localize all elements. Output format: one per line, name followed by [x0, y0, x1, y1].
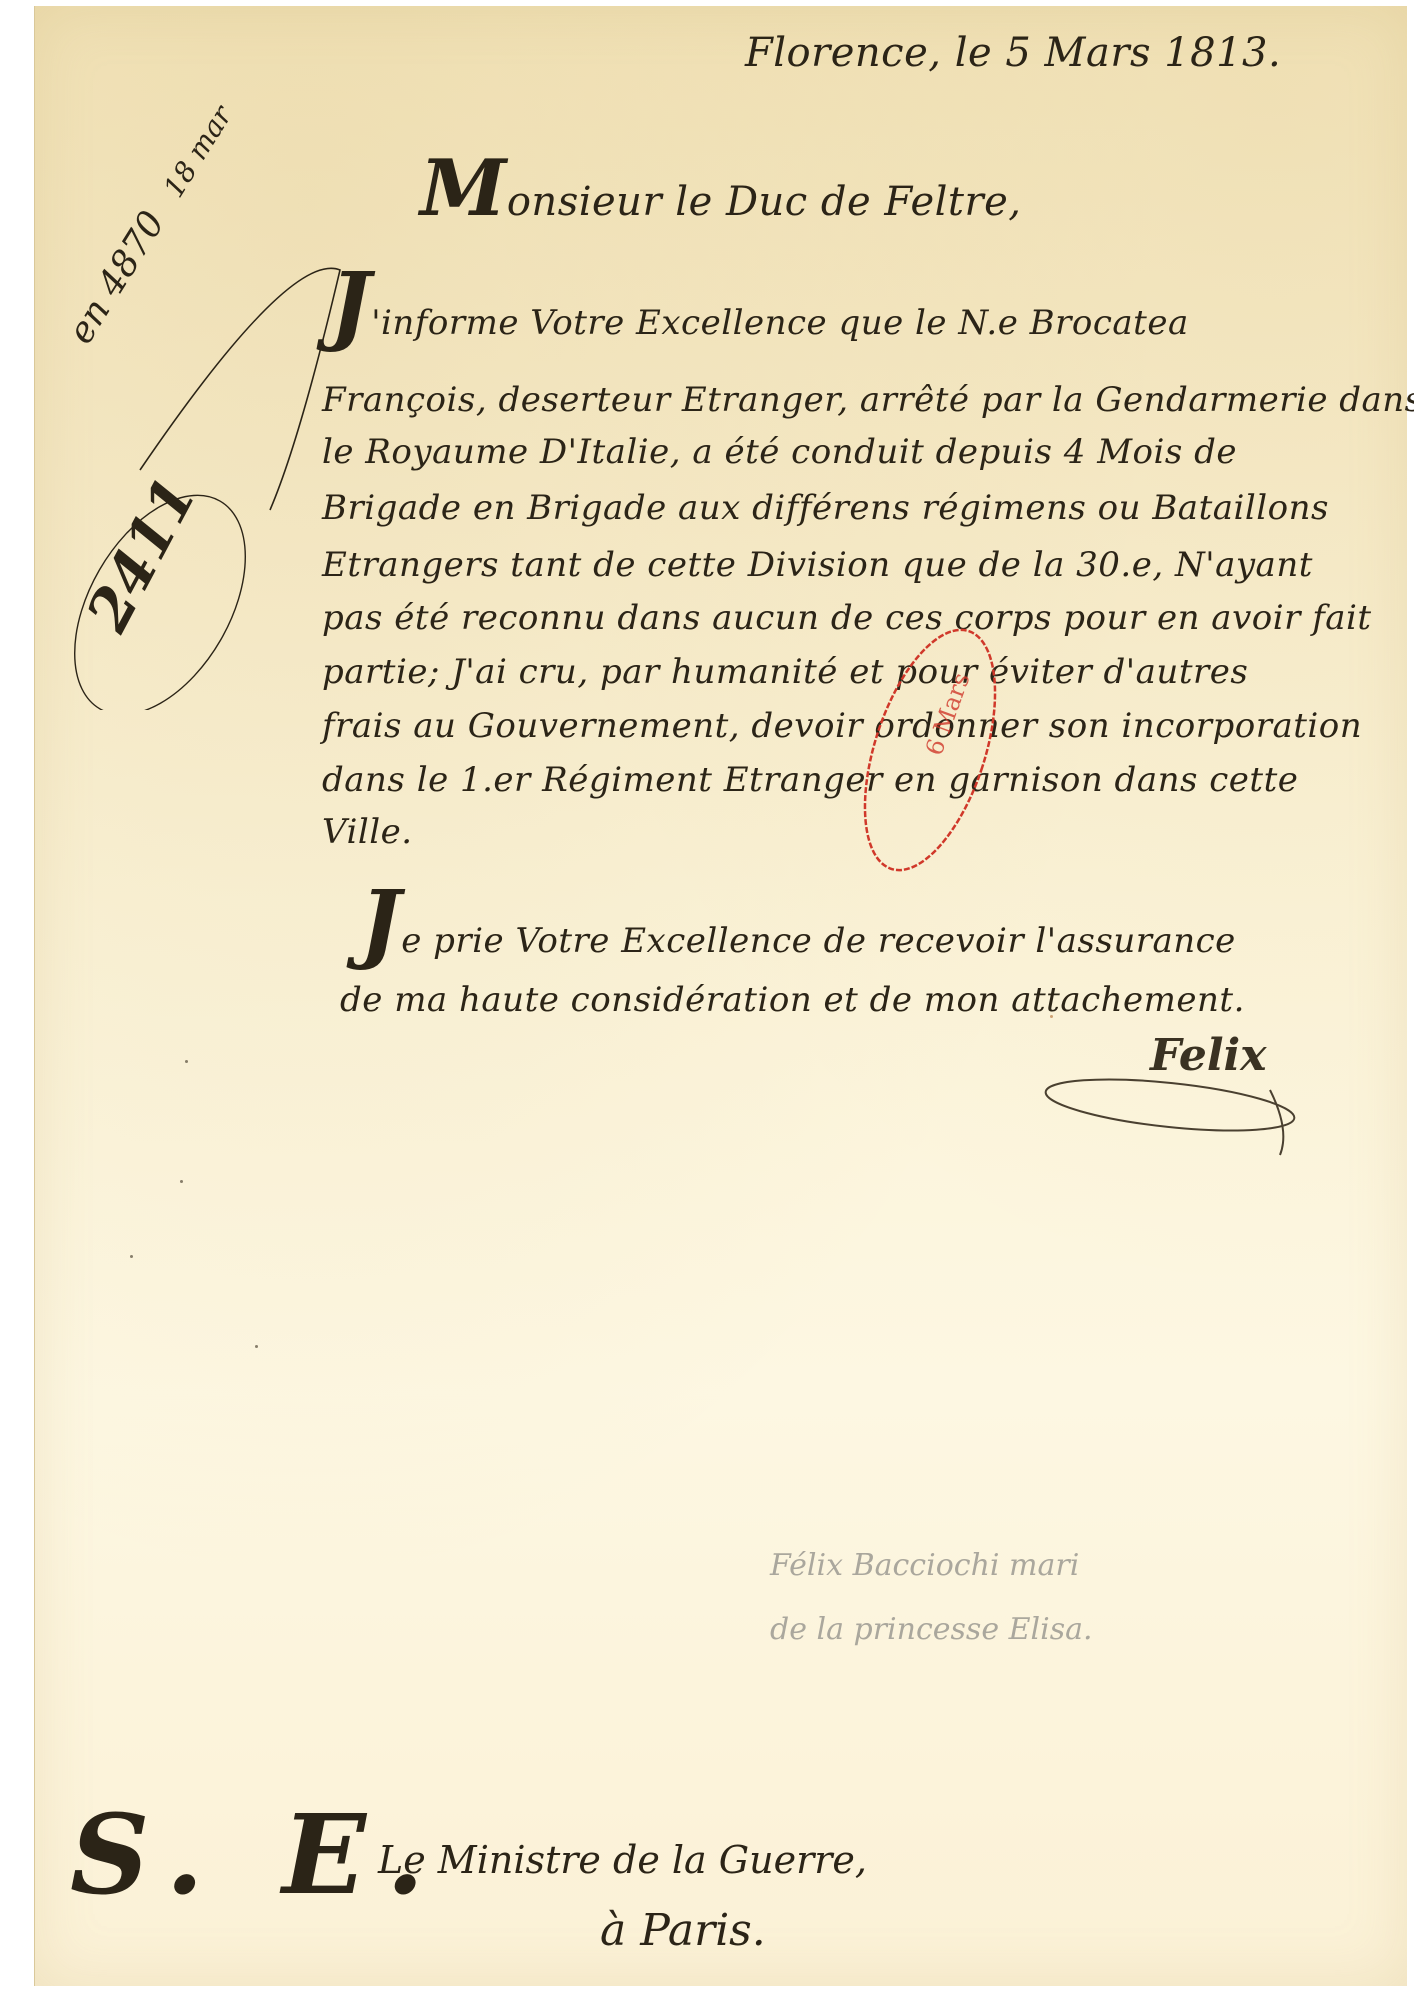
place-date: Florence, le 5 Mars 1813. — [745, 30, 1281, 76]
salutation: Monsieur le Duc de Feltre, — [420, 150, 1022, 228]
paragraph-1-first-line: J'informe Votre Excellence que le N.e Br… — [330, 262, 1189, 348]
address-recipient: Le Ministre de la Guerre, — [378, 1838, 867, 1882]
signature: Felix — [1150, 1030, 1267, 1081]
body-line: le Royaume D'Italie, a été conduit depui… — [322, 432, 1237, 472]
paper-speck — [255, 1345, 258, 1348]
body-line: dans le 1.er Régiment Etranger en garnis… — [322, 760, 1298, 800]
body-line: frais au Gouvernement, devoir ordonner s… — [322, 706, 1362, 746]
body-line: Ville. — [322, 812, 413, 852]
paper-speck — [1050, 1015, 1053, 1018]
body-line: Brigade en Brigade aux différens régimen… — [322, 488, 1329, 528]
body-line: partie; J'ai cru, par humanité et pour é… — [322, 652, 1248, 692]
paper-speck — [185, 1060, 188, 1063]
paragraph-2-first-line: Je prie Votre Excellence de recevoir l'a… — [360, 880, 1236, 966]
body-line: e prie Votre Excellence de recevoir l'as… — [401, 921, 1236, 961]
salutation-initial: M — [420, 143, 507, 234]
pencil-note-line: Félix Bacciochi mari — [770, 1548, 1079, 1583]
address-city: à Paris. — [600, 1905, 766, 1956]
paper-speck — [130, 1255, 133, 1258]
body-line: François, deserteur Etranger, arrêté par… — [322, 380, 1414, 420]
body-line: pas été reconnu dans aucun de ces corps … — [322, 598, 1372, 638]
body-line: de ma haute considération et de mon atta… — [340, 980, 1245, 1020]
body-line: Etrangers tant de cette Division que de … — [322, 545, 1313, 585]
paragraph-1-dropcap: J — [330, 254, 371, 355]
body-line: 'informe Votre Excellence que le N.e Bro… — [371, 303, 1189, 343]
paper-speck — [180, 1180, 183, 1183]
pencil-note-line: de la princesse Elisa. — [770, 1612, 1093, 1647]
paragraph-2-dropcap: J — [360, 872, 401, 973]
salutation-text: onsieur le Duc de Feltre, — [507, 179, 1022, 225]
